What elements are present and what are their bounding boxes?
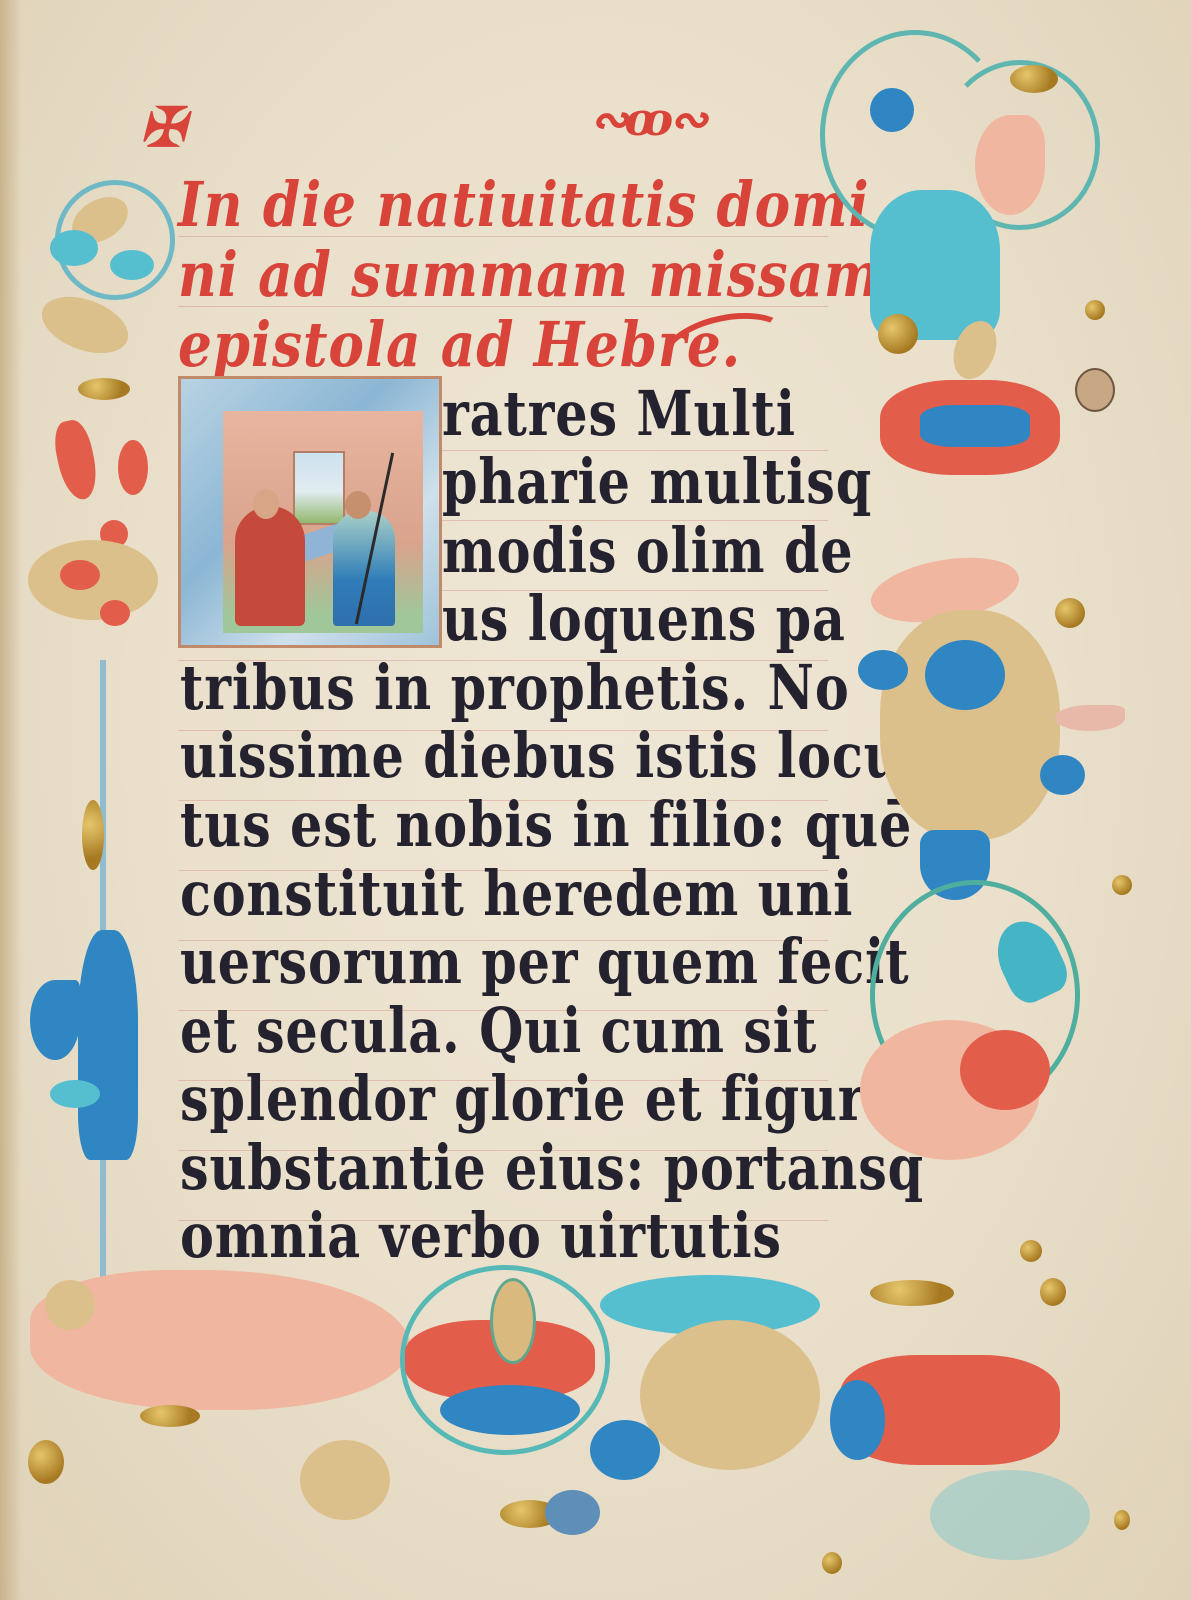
gold-leaf-dot	[870, 1280, 954, 1306]
pink-acanthus-curl	[975, 115, 1045, 215]
traveler-head	[345, 491, 371, 519]
red-blossom	[118, 440, 148, 495]
historiated-initial	[178, 376, 442, 648]
acanthus-leaf-blue	[110, 250, 154, 280]
text-line: tribus in prophetis. No	[180, 654, 850, 723]
blue-curl	[858, 650, 908, 690]
red-blossom	[100, 600, 130, 626]
tan-scroll	[45, 1280, 95, 1330]
text-line: pharie multisq	[442, 448, 872, 517]
blue-curl-bud	[870, 88, 914, 132]
gold-leaf-dot	[140, 1405, 200, 1427]
blue-flower-base	[440, 1385, 580, 1435]
pink-bird	[1055, 705, 1125, 731]
text-line: substantie eius: portansq	[180, 1134, 924, 1203]
faded-turquoise-stem	[930, 1470, 1090, 1560]
tan-scroll	[300, 1440, 390, 1520]
red-blossom	[50, 417, 102, 503]
gold-leaf-dot	[28, 1440, 64, 1484]
gold-leaf-dot	[82, 800, 104, 870]
blue-acanthus-bloom	[925, 640, 1005, 710]
rubric-line: ni ad summam missam	[178, 240, 881, 310]
page-edge-shadow	[0, 0, 22, 1600]
red-scroll	[960, 1030, 1050, 1110]
seated-elder-figure	[235, 506, 305, 626]
cadel-flourish-right: ∾ꝏ∾	[590, 92, 704, 146]
window-landscape	[293, 451, 345, 525]
text-line: et secula. Qui cum sit	[180, 997, 817, 1066]
snail	[1075, 368, 1115, 412]
text-line: tus est nobis in filio: quē	[180, 791, 912, 860]
gold-leaf-dot	[1010, 65, 1058, 93]
traveler-figure	[333, 511, 395, 626]
red-blossom	[60, 560, 100, 590]
cadel-flourish-left: ✠	[140, 95, 185, 159]
butterfly	[545, 1490, 600, 1535]
wheat-ear	[490, 1278, 536, 1364]
text-line: uissime diebus istis locu	[180, 722, 901, 791]
gold-dot	[822, 1552, 842, 1574]
blue-curl	[1040, 755, 1085, 795]
peony-flower-center	[920, 405, 1030, 447]
gold-leaf-dot	[878, 314, 918, 354]
initial-miniature-scene	[223, 411, 423, 633]
rubric-line: In die natiuitatis domi	[178, 170, 869, 240]
light-blue-leaf	[50, 1080, 100, 1108]
rubric-line: epistola ad Hebre.	[178, 310, 741, 380]
gold-dot	[1040, 1278, 1066, 1306]
text-line: ratres Multi	[442, 380, 796, 449]
elder-head	[253, 489, 279, 519]
gold-dot	[1112, 875, 1132, 895]
gold-dot	[1055, 598, 1085, 628]
blue-curl	[830, 1380, 885, 1460]
blue-acanthus-tassel	[78, 930, 138, 1160]
manuscript-page: ✠ ∾ꝏ∾ In die natiuitatis domi ni ad summ…	[0, 0, 1191, 1600]
text-line: modis olim de	[442, 517, 853, 586]
text-line: omnia verbo uirtutis	[180, 1202, 782, 1271]
text-line: splendor glorie et figura	[180, 1065, 899, 1134]
gold-dot	[1085, 300, 1105, 320]
acanthus-leaf-blue	[50, 230, 98, 266]
tan-acanthus	[640, 1320, 820, 1470]
text-line: us loquens pa	[442, 585, 846, 654]
blue-curl	[590, 1420, 660, 1480]
text-line: constituit heredem uni	[180, 860, 853, 929]
text-line: uersorum per quem fecit	[180, 928, 909, 997]
gold-dot	[1114, 1510, 1130, 1530]
gold-leaf-dot	[78, 378, 130, 400]
blue-acanthus-curl	[30, 980, 80, 1060]
gold-dot	[1020, 1240, 1042, 1262]
